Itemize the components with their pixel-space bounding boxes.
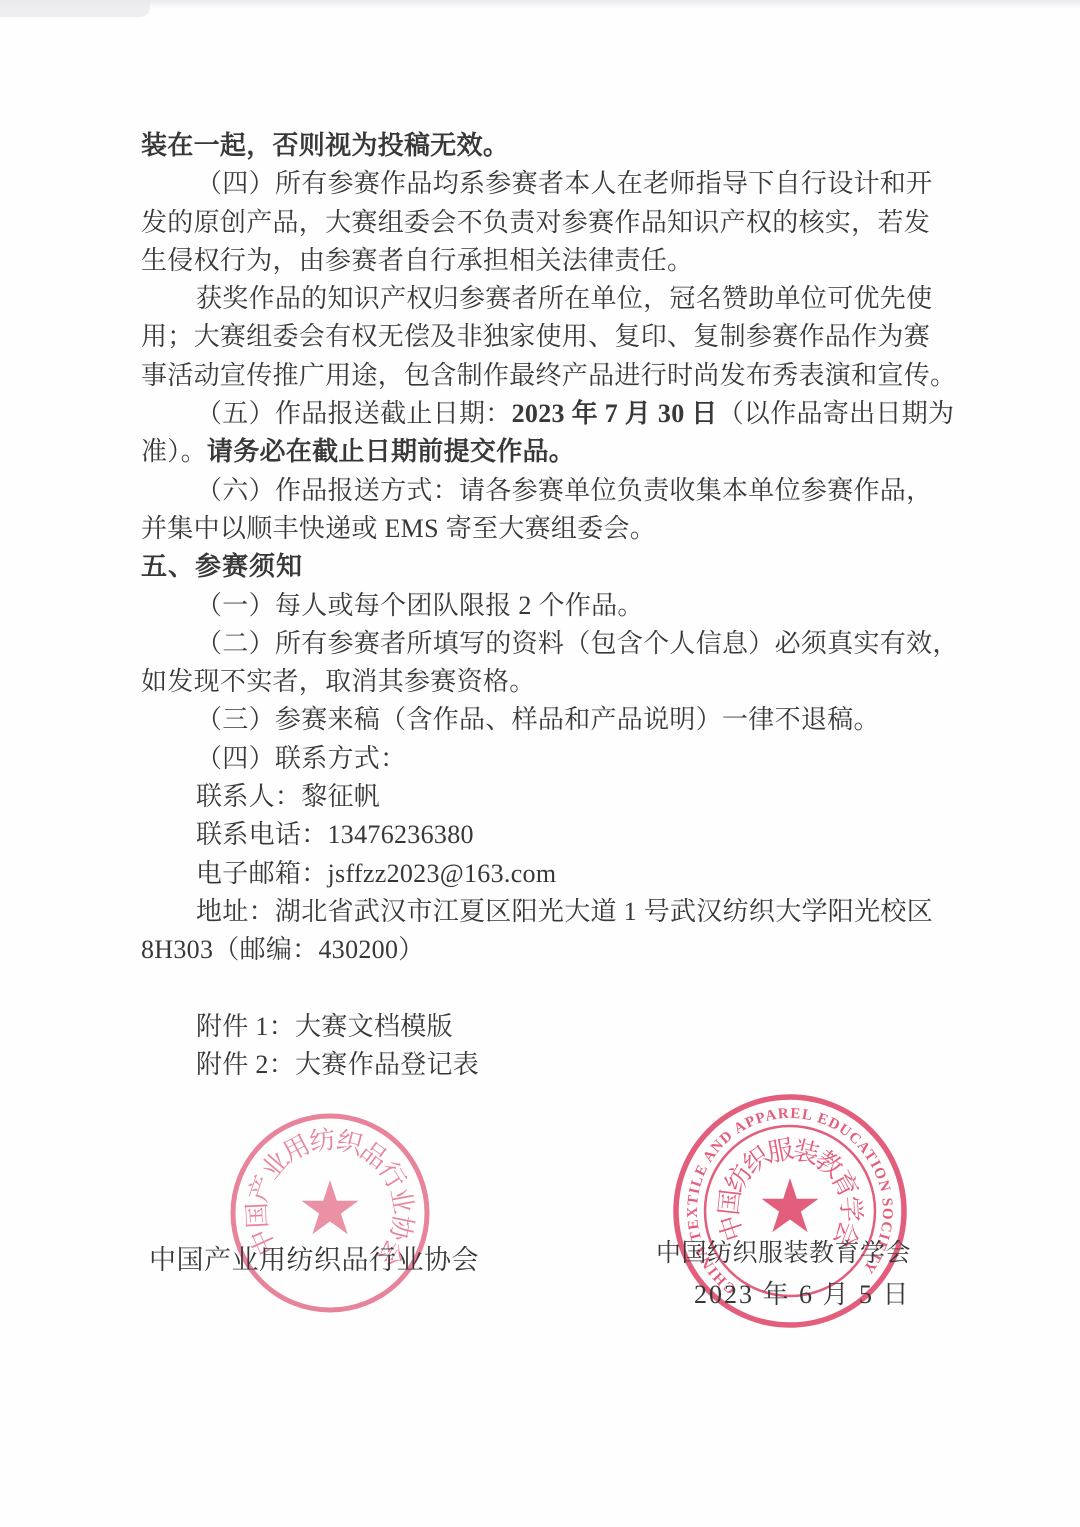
scan-artifact-band [0, 0, 1080, 9]
contact-phone-line: 联系电话：13476236380 [141, 816, 971, 854]
doc-line: （六）作品报送方式：请各参赛单位负责收集本单位参赛作品， [141, 472, 971, 510]
deadline2-prefix: 准）。 [141, 437, 207, 466]
doc-line: 事活动宣传推广用途，包含制作最终产品进行时尚发布秀表演和宣传。 [141, 357, 971, 395]
scan-artifact-blob [0, 0, 150, 17]
issue-date: 2023 年 6 月 5 日 [694, 1274, 911, 1311]
star-icon [302, 1180, 359, 1234]
deadline-suffix: （以作品寄出日期为 [718, 399, 955, 428]
left-org-signature: 中国产业用纺织品行业协会 [149, 1238, 479, 1277]
doc-line: 装在一起，否则视为投稿无效。 [141, 127, 971, 165]
scanned-notice-page: 装在一起，否则视为投稿无效。 （四）所有参赛作品均系参赛者本人在老师指导下自行设… [0, 0, 1080, 1527]
attachment-1-line: 附件 1：大赛文档模版 [141, 1008, 971, 1046]
right-org-signature: 中国纺织服装教育学会 [656, 1233, 911, 1269]
contact-address-line-2: 8H303（邮编：430200） [141, 931, 971, 969]
seal-left-industrial-textiles-association: 中国产业用纺织品行业协会 [220, 1103, 440, 1323]
document-body: 装在一起，否则视为投稿无效。 （四）所有参赛作品均系参赛者本人在老师指导下自行设… [141, 127, 971, 1084]
doc-line: 发的原创产品，大赛组委会不负责对参赛作品知识产权的核实，若发 [141, 204, 971, 242]
doc-line: 如发现不实者，取消其参赛资格。 [141, 663, 971, 701]
star-icon [762, 1178, 819, 1232]
doc-line: 并集中以顺丰快递或 EMS 寄至大赛组委会。 [141, 510, 971, 548]
deadline2-emphasis: 请务必在截止日期前提交作品。 [207, 437, 575, 466]
section-heading: 五、参赛须知 [141, 548, 971, 586]
doc-line: （三）参赛来稿（含作品、样品和产品说明）一律不退稿。 [141, 701, 971, 739]
contact-email-line: 电子邮箱：jsffzz2023@163.com [141, 855, 971, 893]
doc-line: 生侵权行为，由参赛者自行承担相关法律责任。 [141, 242, 971, 280]
contact-address-line: 地址：湖北省武汉市江夏区阳光大道 1 号武汉纺织大学阳光校区 [141, 893, 971, 931]
doc-line: （二）所有参赛者所填写的资料（包含个人信息）必须真实有效， [141, 625, 971, 663]
doc-line-deadline-2: 准）。请务必在截止日期前提交作品。 [141, 433, 971, 471]
contact-person-line: 联系人：黎征帆 [141, 778, 971, 816]
deadline-date: 2023 年 7 月 30 日 [512, 399, 718, 428]
doc-line-deadline: （五）作品报送截止日期：2023 年 7 月 30 日（以作品寄出日期为 [141, 395, 971, 433]
deadline-prefix: （五）作品报送截止日期： [196, 399, 512, 428]
blank-line [141, 970, 971, 1008]
doc-line: （一）每人或每个团队限报 2 个作品。 [141, 587, 971, 625]
attachment-2-line: 附件 2：大赛作品登记表 [141, 1046, 971, 1084]
doc-line: 用；大赛组委会有权无偿及非独家使用、复印、复制参赛作品作为赛 [141, 318, 971, 356]
doc-line: 获奖作品的知识产权归参赛者所在单位，冠名赞助单位可优先使 [141, 280, 971, 318]
doc-line: （四）联系方式： [141, 740, 971, 778]
doc-line: （四）所有参赛作品均系参赛者本人在老师指导下自行设计和开 [141, 165, 971, 203]
